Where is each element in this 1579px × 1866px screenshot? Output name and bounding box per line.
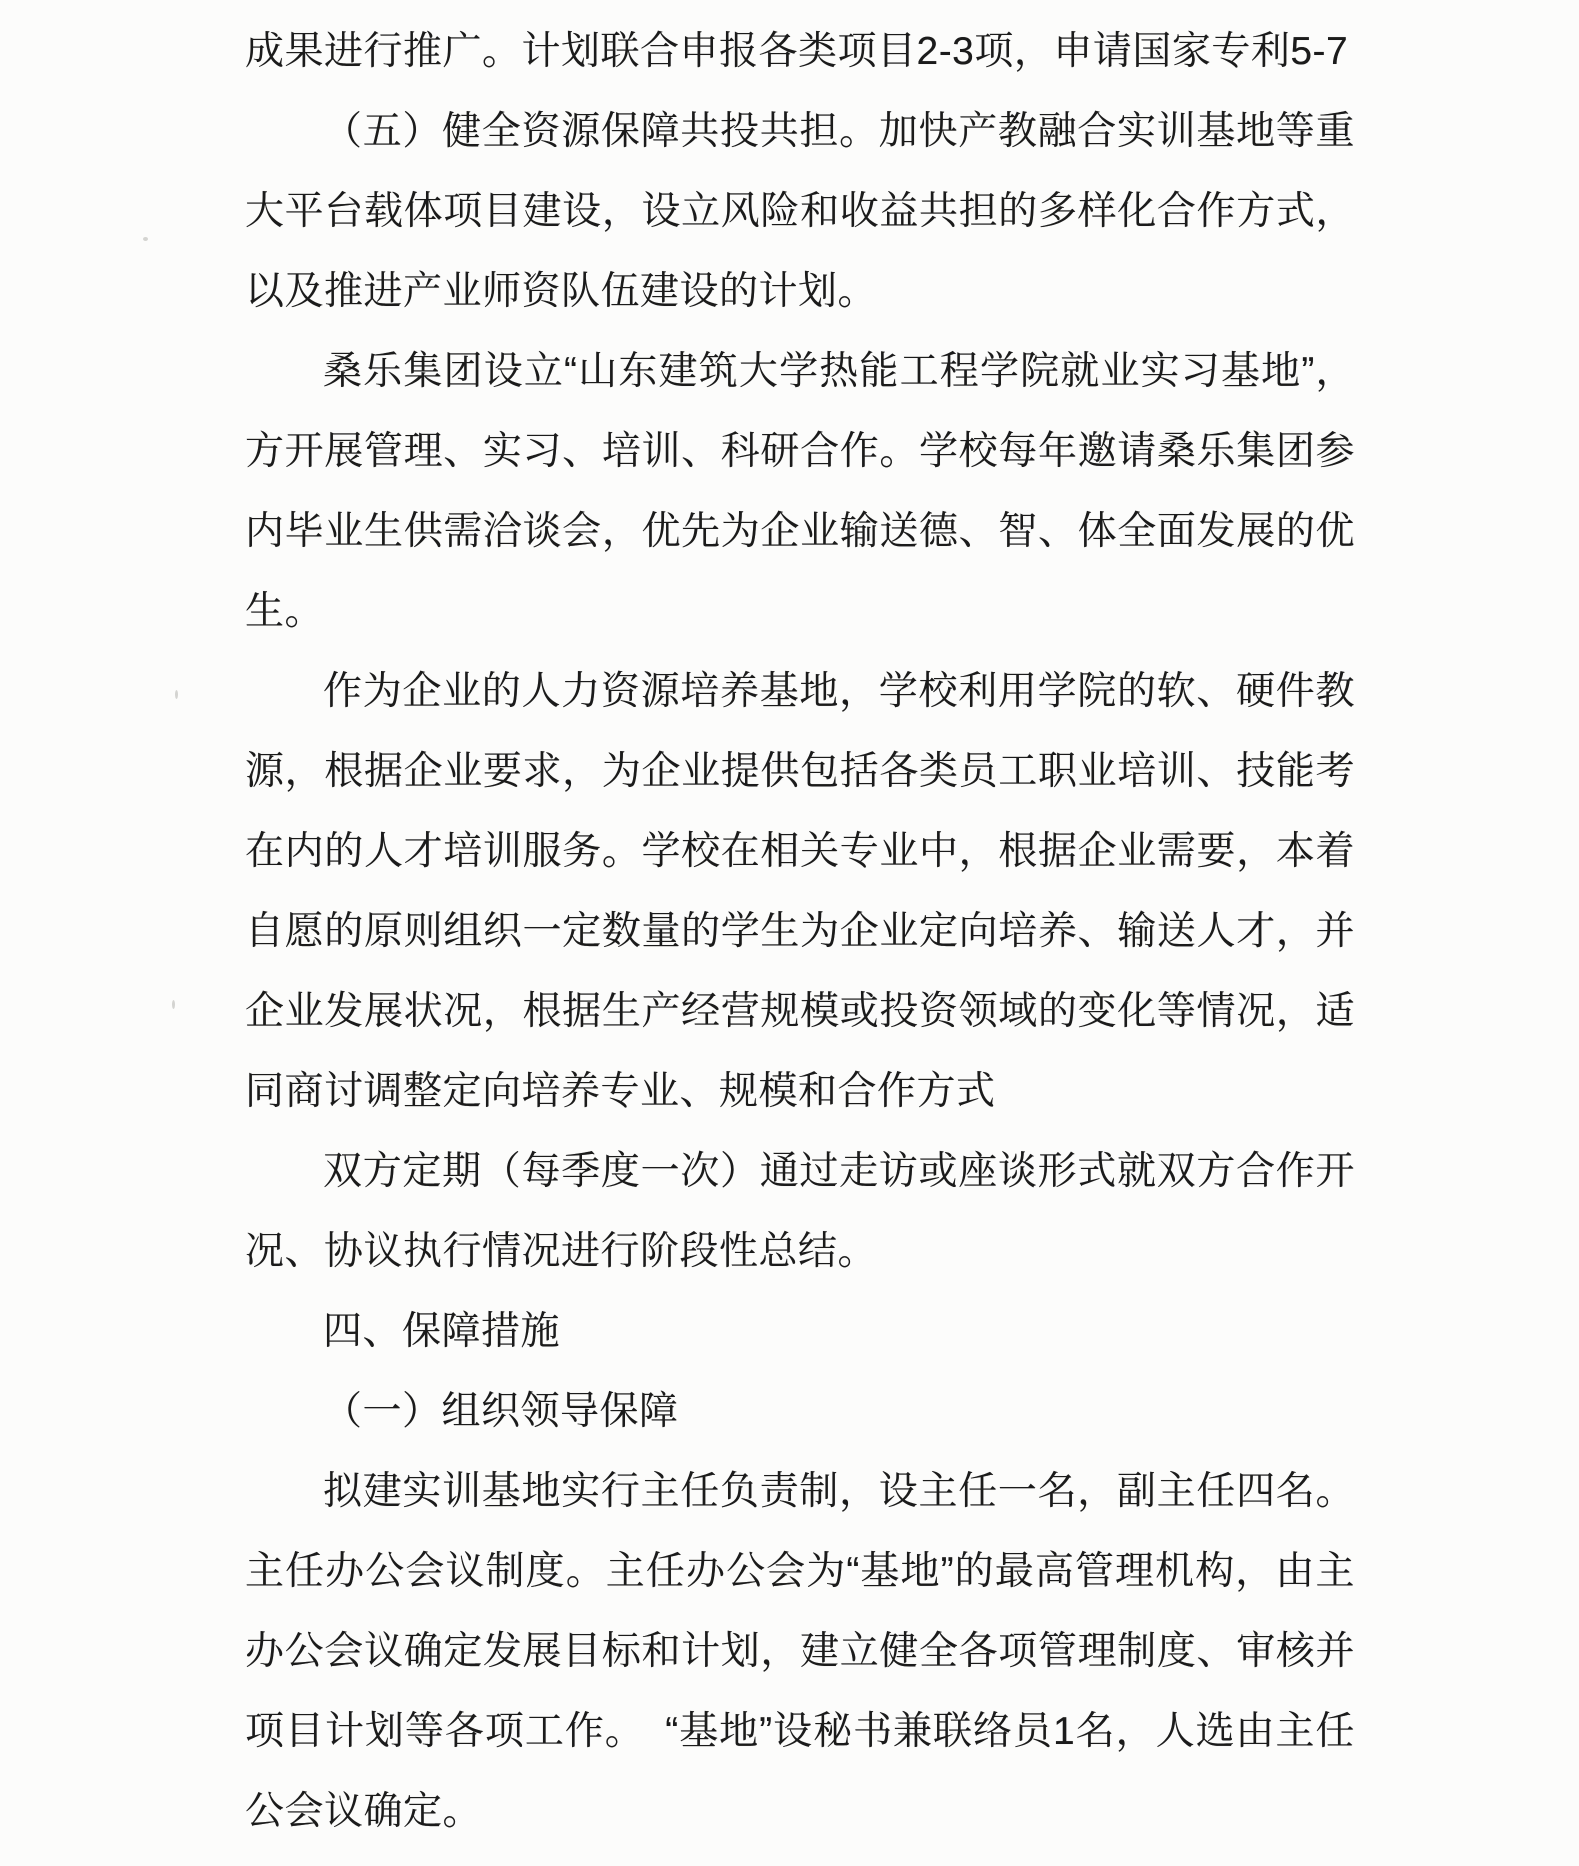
- text-line: 况、协议执行情况进行阶段性总结。: [245, 1212, 1355, 1292]
- text-line: 项目计划等各项工作。 “基地”设秘书兼联络员1名，人选由主任办: [245, 1692, 1355, 1772]
- text-line: 企业发展状况，根据生产经营规模或投资领域的变化等情况，适时共: [245, 972, 1355, 1052]
- text-line: 同商讨调整定向培养专业、规模和合作方式: [245, 1052, 1355, 1132]
- text-line: 成果进行推广。计划联合申报各类项目2-3项，申请国家专利5-7项。: [245, 12, 1355, 92]
- text-line: 公会议确定。: [245, 1772, 1355, 1852]
- text-line: （五）健全资源保障共投共担。加快产教融合实训基地等重: [245, 92, 1355, 172]
- text-line: 办公会议确定发展目标和计划，建立健全各项管理制度、审核并批准: [245, 1612, 1355, 1692]
- scanned-document-page: 成果进行推广。计划联合申报各类项目2-3项，申请国家专利5-7项。 （五）健全资…: [0, 0, 1579, 1866]
- text-line: 方开展管理、实习、培训、科研合作。学校每年邀请桑乐集团参加校: [245, 412, 1355, 492]
- subsection-heading: （一）组织领导保障: [245, 1372, 1355, 1452]
- section-heading: 四、保障措施: [245, 1292, 1355, 1372]
- text-line: 双方定期（每季度一次）通过走访或座谈形式就双方合作开展情: [245, 1132, 1355, 1212]
- text-line: 桑乐集团设立“山东建筑大学热能工程学院就业实习基地”，双: [245, 332, 1355, 412]
- text-line: 大平台载体项目建设，设立风险和收益共担的多样化合作方式，: [245, 172, 1355, 252]
- text-line: 源，根据企业要求，为企业提供包括各类员工职业培训、技能考证等: [245, 732, 1355, 812]
- text-line: 作为企业的人力资源培养基地，学校利用学院的软、硬件教学资: [245, 652, 1355, 732]
- text-line: 以及推进产业师资队伍建设的计划。: [245, 252, 1355, 332]
- scan-artifact-speck: [172, 1000, 175, 1009]
- scan-artifact-speck: [175, 690, 178, 699]
- text-line: 拟建实训基地实行主任负责制，设主任一名，副主任四名。建立: [245, 1452, 1355, 1532]
- text-line: 自愿的原则组织一定数量的学生为企业定向培养、输送人才，并根据: [245, 892, 1355, 972]
- scan-artifact-speck: [143, 237, 148, 241]
- text-line: 在内的人才培训服务。学校在相关专业中，根据企业需要，本着学生: [245, 812, 1355, 892]
- text-line: 生。: [245, 572, 1355, 652]
- text-line: 主任办公会议制度。主任办公会为“基地”的最高管理机构，由主任: [245, 1532, 1355, 1612]
- text-line: 内毕业生供需洽谈会，优先为企业输送德、智、体全面发展的优秀学: [245, 492, 1355, 572]
